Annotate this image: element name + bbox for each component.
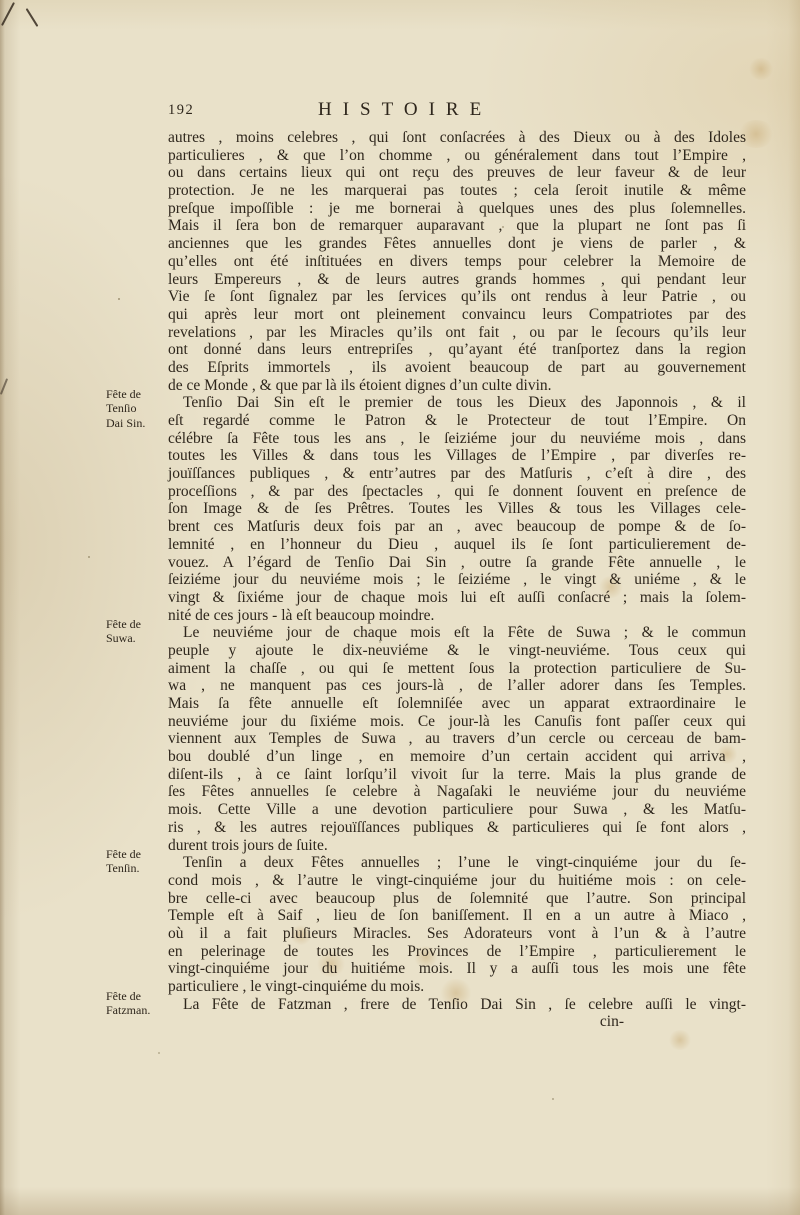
page-number: 192 [168, 102, 194, 119]
text-line: Mais ſa fête annuelle eſt ſolemniſée ave… [168, 695, 746, 713]
paragraph: Tenſio Dai Sin eſt le premier de tous le… [168, 394, 746, 624]
text-line: neuviéme jour du ſixiéme mois. Ce jour-l… [168, 713, 746, 731]
margin-note: Fête deTenſioDai Sin. [106, 387, 164, 430]
text-line: preſque impoſſible : je me bornerai à qu… [168, 200, 746, 218]
pen-mark [0, 378, 8, 395]
text-line: peuple y ajoute le dix-neuviéme & le vin… [168, 642, 746, 660]
text-line: Mais il ſera bon de remarquer auparavant… [168, 217, 746, 235]
text-line: durent trois jours de ſuite. [168, 837, 746, 855]
text-line: anciennes que les grandes Fêtes annuelle… [168, 235, 746, 253]
text-line: viennent aux Temples de Suwa , au traver… [168, 730, 746, 748]
text-line: mois. Cette Ville a une devotion particu… [168, 801, 746, 819]
margin-note: Fête deTenſin. [106, 847, 164, 876]
text-line: toutes les Villes & dans tous les Villag… [168, 447, 746, 465]
paper-specks [0, 0, 2, 2]
text-line: en pelerinage de toutes les Provinces de… [168, 943, 746, 961]
text-line: qui après leur mort ont pleinement conva… [168, 306, 746, 324]
text-line: célébre ſa Fête tous les ans , le ſeizié… [168, 430, 746, 448]
margin-note-line: Dai Sin. [106, 416, 164, 430]
text-line: où il a fait pluſieurs Miracles. Ses Ado… [168, 925, 746, 943]
text-line: de ce Monde , & que par là ils étoient d… [168, 377, 746, 395]
margin-note: Fête deSuwa. [106, 617, 164, 646]
text-line: La Fête de Fatzman , frere de Tenſio Dai… [168, 996, 746, 1014]
margin-note-line: Suwa. [106, 631, 164, 645]
margin-note-line: Fête de [106, 617, 164, 631]
text-line: vouez. A l’égard de Tenſio Dai Sin , out… [168, 554, 746, 572]
text-block: autres , moins celebres , qui ſont conſa… [168, 129, 746, 1031]
text-line: ris , & les autres rejouïſſances publiqu… [168, 819, 746, 837]
running-title: HISTOIRE [318, 99, 492, 121]
text-line: vingt-cinquiéme jour du huitiéme mois. I… [168, 960, 746, 978]
text-line: lemnité , en l’honneur du Dieu , auquel … [168, 536, 746, 554]
margin-note-line: Fête de [106, 387, 164, 401]
page-header: 192 HISTOIRE [168, 99, 746, 121]
text-line: aiment la chaſſe , ou qui ſe mettent ſou… [168, 660, 746, 678]
text-line: ſon Image & de ſes Prêtres. Toutes les V… [168, 500, 746, 518]
text-line: Le neuviéme jour de chaque mois eſt la F… [168, 624, 746, 642]
text-line: eſt regardé comme le Patron & le Protect… [168, 412, 746, 430]
paragraph: Tenſin a deux Fêtes annuelles ; l’une le… [168, 854, 746, 996]
pen-mark [26, 8, 39, 27]
text-line: ont donné dans leurs entrepriſes , qu’ay… [168, 341, 746, 359]
foxing-spot [748, 58, 774, 80]
text-line: qu’elles ont été inſtituées en divers te… [168, 253, 746, 271]
text-line: brent ces Matſuris deux fois par an , av… [168, 518, 746, 536]
text-line: vingt & ſixiéme jour de chaque mois lui … [168, 589, 746, 607]
paragraph: autres , moins celebres , qui ſont conſa… [168, 129, 746, 394]
margin-note-line: Tenſio [106, 401, 164, 415]
paragraph: La Fête de Fatzman , frere de Tenſio Dai… [168, 996, 746, 1014]
text-line: ou dans certains lieux qui ont reçu des … [168, 164, 746, 182]
text-line: ſeiziéme jour du neuviéme mois ; le ſeiz… [168, 571, 746, 589]
text-line: wa , ne manquent pas ces jours-là , de l… [168, 677, 746, 695]
book-page-scan: 192 HISTOIRE autres , moins celebres , q… [0, 0, 800, 1215]
text-line: bou doublé d’un linge , en memoire d’un … [168, 748, 746, 766]
text-line: particulieres , & que l’on chomme , ou g… [168, 147, 746, 165]
margin-note-line: Fatzman. [106, 1003, 164, 1017]
text-line: jouïſſances publiques , & entr’autres pa… [168, 465, 746, 483]
text-line: revelations , par les Miracles qu’ils on… [168, 324, 746, 342]
paragraph: Le neuviéme jour de chaque mois eſt la F… [168, 624, 746, 854]
margin-note-line: Fête de [106, 989, 164, 1003]
text-line: Vie ſe ſont ſignalez par les ſervices qu… [168, 288, 746, 306]
margin-note-line: Tenſin. [106, 861, 164, 875]
text-line: Tenſin a deux Fêtes annuelles ; l’une le… [168, 854, 746, 872]
text-line: diſent-ils , à ce ſaint lorſqu’il vivoit… [168, 766, 746, 784]
text-line: nité de ces jours - là eſt beaucoup moin… [168, 607, 746, 625]
text-line: cond mois , & l’autre le vingt-cinquiéme… [168, 872, 746, 890]
text-line: proceſſions , & par des ſpectacles , qui… [168, 483, 746, 501]
text-line: particuliere , le vingt-cinquiéme du moi… [168, 978, 746, 996]
text-line: Tenſio Dai Sin eſt le premier de tous le… [168, 394, 746, 412]
text-line: protection. Je ne les marquerai pas tout… [168, 182, 746, 200]
text-line: ſes Fêtes annuelles ſe celebre à Nagaſak… [168, 783, 746, 801]
text-line: autres , moins celebres , qui ſont conſa… [168, 129, 746, 147]
margin-note: Fête deFatzman. [106, 989, 164, 1018]
text-line: bre celle-ci avec beaucoup plus de ſolem… [168, 890, 746, 908]
text-line: des Eſprits immortels , ils avoient beau… [168, 359, 746, 377]
foxing-spot [668, 1030, 692, 1050]
text-line: Temple eſt à Saif , lieu de ſon baniſſem… [168, 907, 746, 925]
margin-note-line: Fête de [106, 847, 164, 861]
text-line: leurs Empereurs , & de leurs autres gran… [168, 271, 746, 289]
pen-mark [1, 2, 15, 26]
catchword: cin- [168, 1013, 746, 1031]
